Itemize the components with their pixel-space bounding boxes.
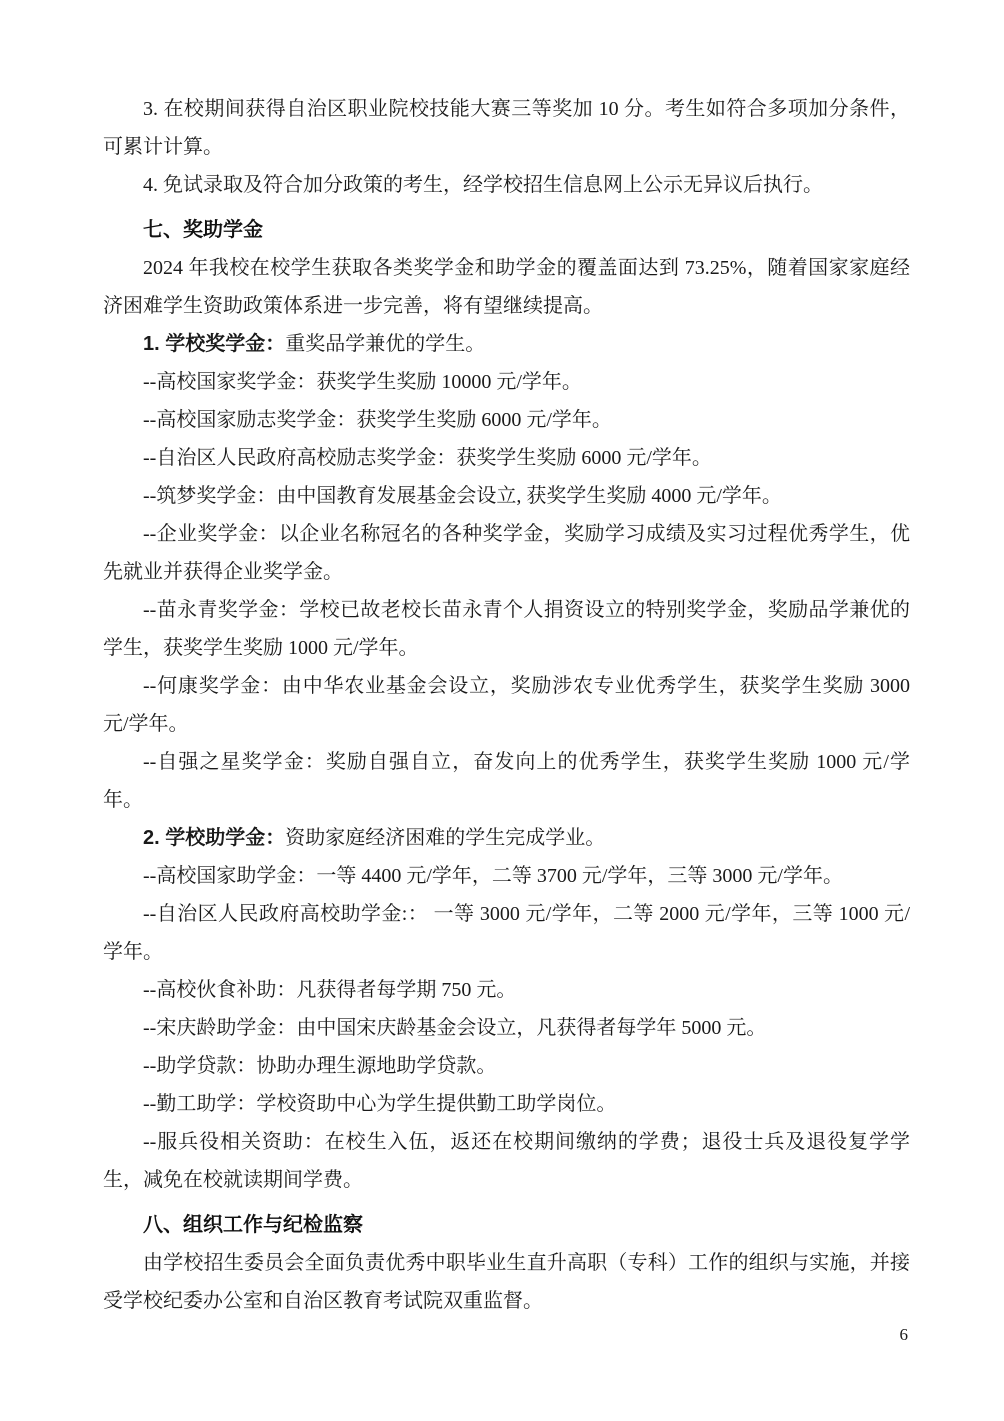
- paragraph-text: --服兵役相关资助：在校生入伍，返还在校期间缴纳的学费；退役士兵及退役复学学生，…: [103, 1131, 910, 1191]
- paragraph-text: --勤工助学：学校资助中心为学生提供勤工助学岗位。: [143, 1093, 616, 1115]
- paragraph-text: --何康奖学金：由中华农业基金会设立，奖励涉农专业优秀学生，获奖学生奖励 300…: [103, 675, 910, 735]
- list-item: --宋庆龄助学金：由中国宋庆龄基金会设立，凡获得者每学年 5000 元。: [103, 1009, 910, 1047]
- paragraph-text: --自治区人民政府高校助学金:： 一等 3000 元/学年，二等 2000 元/…: [103, 903, 910, 963]
- section-heading-organization: 八、组织工作与纪检监察: [103, 1206, 910, 1244]
- list-item: --自治区人民政府高校助学金:： 一等 3000 元/学年，二等 2000 元/…: [103, 895, 910, 971]
- paragraph-text: --高校国家奖学金：获奖学生奖励 10000 元/学年。: [143, 371, 582, 393]
- list-item: --高校国家励志奖学金：获奖学生奖励 6000 元/学年。: [103, 401, 910, 439]
- list-item: --苗永青奖学金：学校已故老校长苗永青个人捐资设立的特别奖学金，奖励品学兼优的学…: [103, 591, 910, 667]
- list-item: --助学贷款：协助办理生源地助学贷款。: [103, 1047, 910, 1085]
- paragraph-text: 资助家庭经济困难的学生完成学业。: [285, 827, 605, 849]
- paragraph-lead: 2. 学校助学金：: [143, 827, 285, 849]
- paragraph-text: --苗永青奖学金：学校已故老校长苗永青个人捐资设立的特别奖学金，奖励品学兼优的学…: [103, 599, 910, 659]
- paragraph-text: --高校伙食补助：凡获得者每学期 750 元。: [143, 979, 516, 1001]
- paragraph-text: --自治区人民政府高校励志奖学金：获奖学生奖励 6000 元/学年。: [143, 447, 712, 469]
- document-page: 3. 在校期间获得自治区职业院校技能大赛三等奖加 10 分。考生如符合多项加分条…: [0, 0, 1004, 1421]
- paragraph-text: 3. 在校期间获得自治区职业院校技能大赛三等奖加 10 分。考生如符合多项加分条…: [103, 98, 910, 158]
- paragraph-text: 4. 免试录取及符合加分政策的考生，经学校招生信息网上公示无异议后执行。: [143, 174, 823, 196]
- paragraph-text: --筑梦奖学金：由中国教育发展基金会设立, 获奖学生奖励 4000 元/学年。: [143, 485, 782, 507]
- list-item: --勤工助学：学校资助中心为学生提供勤工助学岗位。: [103, 1085, 910, 1123]
- list-item: --何康奖学金：由中华农业基金会设立，奖励涉农专业优秀学生，获奖学生奖励 300…: [103, 667, 910, 743]
- list-item: --高校国家奖学金：获奖学生奖励 10000 元/学年。: [103, 363, 910, 401]
- paragraph: 2024 年我校在校学生获取各类奖学金和助学金的覆盖面达到 73.25%，随着国…: [103, 249, 910, 325]
- paragraph: 1. 学校奖学金：重奖品学兼优的学生。: [103, 325, 910, 363]
- page-number: 6: [900, 1316, 909, 1354]
- list-item: --高校伙食补助：凡获得者每学期 750 元。: [103, 971, 910, 1009]
- paragraph-text: --高校国家助学金：一等 4400 元/学年，二等 3700 元/学年，三等 3…: [143, 865, 843, 887]
- paragraph-text: 重奖品学兼优的学生。: [285, 333, 485, 355]
- paragraph: 4. 免试录取及符合加分政策的考生，经学校招生信息网上公示无异议后执行。: [103, 166, 910, 204]
- list-item: --自强之星奖学金：奖励自强自立，奋发向上的优秀学生，获奖学生奖励 1000 元…: [103, 743, 910, 819]
- list-item: --高校国家助学金：一等 4400 元/学年，二等 3700 元/学年，三等 3…: [103, 857, 910, 895]
- list-item: --服兵役相关资助：在校生入伍，返还在校期间缴纳的学费；退役士兵及退役复学学生，…: [103, 1123, 910, 1199]
- paragraph-lead: 1. 学校奖学金：: [143, 333, 285, 355]
- paragraph-text: --自强之星奖学金：奖励自强自立，奋发向上的优秀学生，获奖学生奖励 1000 元…: [103, 751, 910, 811]
- paragraph: 3. 在校期间获得自治区职业院校技能大赛三等奖加 10 分。考生如符合多项加分条…: [103, 90, 910, 166]
- list-item: --筑梦奖学金：由中国教育发展基金会设立, 获奖学生奖励 4000 元/学年。: [103, 477, 910, 515]
- section-heading-scholarships: 七、奖助学金: [103, 211, 910, 249]
- paragraph-text: --高校国家励志奖学金：获奖学生奖励 6000 元/学年。: [143, 409, 612, 431]
- list-item: --企业奖学金：以企业名称冠名的各种奖学金，奖励学习成绩及实习过程优秀学生，优先…: [103, 515, 910, 591]
- paragraph-text: 2024 年我校在校学生获取各类奖学金和助学金的覆盖面达到 73.25%，随着国…: [103, 257, 910, 317]
- paragraph: 2. 学校助学金：资助家庭经济困难的学生完成学业。: [103, 819, 910, 857]
- paragraph: 由学校招生委员会全面负责优秀中职毕业生直升高职（专科）工作的组织与实施，并接受学…: [103, 1244, 910, 1320]
- list-item: --自治区人民政府高校励志奖学金：获奖学生奖励 6000 元/学年。: [103, 439, 910, 477]
- paragraph-text: 由学校招生委员会全面负责优秀中职毕业生直升高职（专科）工作的组织与实施，并接受学…: [103, 1252, 910, 1312]
- paragraph-text: --企业奖学金：以企业名称冠名的各种奖学金，奖励学习成绩及实习过程优秀学生，优先…: [103, 523, 910, 583]
- paragraph-text: --助学贷款：协助办理生源地助学贷款。: [143, 1055, 496, 1077]
- paragraph-text: --宋庆龄助学金：由中国宋庆龄基金会设立，凡获得者每学年 5000 元。: [143, 1017, 766, 1039]
